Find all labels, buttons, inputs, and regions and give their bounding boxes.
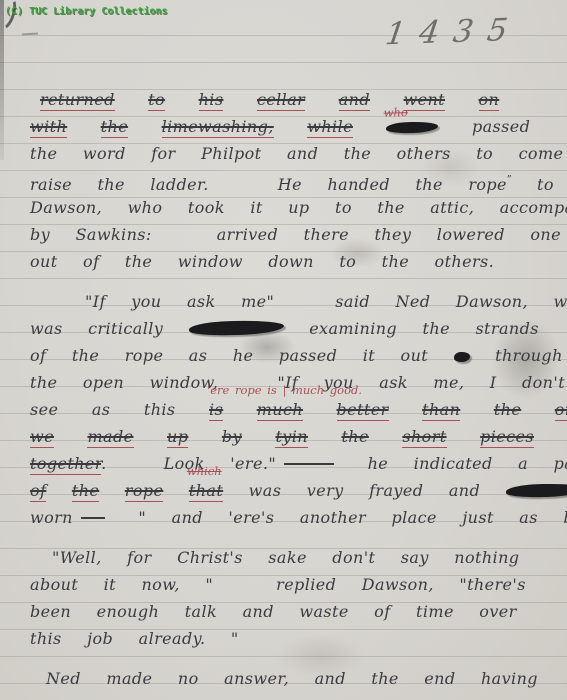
handwritten-text: the open window, — [30, 373, 218, 392]
manuscript-line: together. Look 'ere." he indicated a par… — [30, 450, 553, 477]
handwritten-text: raise the ladder. — [30, 175, 209, 194]
handwritten-text: worn — [30, 508, 73, 527]
manuscript-line: been enough talk and waste of time over — [30, 598, 553, 625]
struck-text: cellar — [257, 90, 305, 111]
struck-text: pieces — [480, 427, 534, 448]
struck-text: tyin — [275, 427, 308, 448]
struck-text: is'ere rope is | much good. — [209, 400, 223, 421]
handwritten-dash — [284, 463, 334, 465]
manuscript-line: we made up by tyin the short pieces — [30, 423, 553, 450]
struck-text: one — [555, 400, 567, 421]
handwritten-text: out of the window down to the others. — [30, 252, 494, 271]
handwritten-text: was very frayed and — [249, 481, 480, 500]
handwritten-text: passed — [472, 117, 530, 136]
manuscript-line: see as this is'ere rope is | much good. … — [30, 396, 553, 423]
handwritten-text: . — [101, 454, 107, 473]
manuscript-line: out of the window down to the others. — [30, 248, 553, 275]
handwritten-text: to Ned — [537, 175, 567, 194]
struck-text: the — [341, 427, 368, 446]
interlinear-insertion: 'ere rope is | much good. — [207, 385, 362, 396]
struck-text: returned — [40, 90, 115, 111]
ink-scribble-redaction — [189, 320, 284, 336]
manuscript-line: raise the ladder. He handed the ropeʺ to… — [30, 167, 553, 194]
interlinear-insertion: who — [384, 107, 408, 119]
ink-scribble-redaction: who — [386, 121, 438, 133]
struck-text: limewashing, — [162, 117, 274, 138]
copyright-watermark: (C) TUC Library Collections — [5, 6, 168, 17]
manuscript-line: with the limewashing, while who passed — [30, 113, 553, 140]
handwritten-text: Ned made no answer, and the end having — [46, 669, 538, 688]
struck-text: much — [257, 400, 303, 421]
handwritten-text: through — [495, 346, 563, 365]
struck-text: up — [167, 427, 188, 448]
struck-text: went — [404, 90, 446, 111]
struck-text: we — [30, 427, 54, 448]
manuscript-line: the word for Philpot and the others to c… — [30, 140, 553, 167]
manuscript-line: returned to his cellar and went on — [30, 86, 553, 113]
handwritten-text: been enough talk and waste of time over — [30, 602, 517, 621]
paragraph: Ned made no answer, and the end having — [30, 665, 553, 692]
paragraph: "Well, for Christ's sake don't say nothi… — [30, 544, 553, 652]
ink-scribble-redaction — [453, 352, 469, 362]
struck-text: short — [402, 427, 446, 448]
handwritten-text: see as this — [30, 400, 176, 419]
manuscript-line: "If you ask me" said Ned Dawson, who — [30, 288, 553, 315]
struck-text: to — [148, 90, 165, 111]
manuscript-line: worn " and 'ere's another place just as … — [30, 504, 553, 531]
manuscript-line: of the rope as he passed it out through — [30, 342, 553, 369]
struck-text: of — [30, 481, 46, 502]
struck-text: on — [479, 90, 500, 111]
handwritten-text: ʺ — [507, 175, 512, 186]
handwritten-text: Dawson, who took it up to the attic, acc… — [30, 198, 567, 217]
handwritten-text: replied Dawson, "there's — [276, 575, 526, 594]
manuscript-page: (C) TUC Library Collections 1435 returne… — [0, 0, 567, 700]
struck-text: better — [337, 400, 389, 421]
manuscript-line: by Sawkins: arrived there they lowered o… — [30, 221, 553, 248]
handwritten-text: about it now, " — [30, 575, 213, 594]
handwritten-dash — [81, 517, 105, 519]
manuscript-line: was critically examining the strands — [30, 315, 553, 342]
ink-scribble-redaction — [505, 483, 567, 498]
struck-text: by — [222, 427, 242, 446]
struck-text: than — [422, 400, 460, 421]
manuscript-line: about it now, " replied Dawson, "there's — [30, 571, 553, 598]
scan-edge-shadow — [0, 0, 4, 160]
handwritten-text: by Sawkins: — [30, 225, 152, 244]
manuscript-line: Ned made no answer, and the end having — [30, 665, 553, 692]
struck-text: with — [30, 117, 67, 138]
struck-text: the — [101, 117, 128, 138]
handwritten-text: "If you ask me" — [85, 292, 274, 311]
handwritten-text: arrived there they lowered one end — [217, 225, 567, 244]
struck-text: together — [30, 454, 101, 475]
page-number: 1435 — [383, 12, 524, 53]
handwritten-text: this job already. " — [30, 629, 239, 648]
handwritten-text: " and 'ere's another place just as bad." — [138, 508, 567, 527]
struck-text: rope — [125, 481, 164, 502]
struck-text: made — [87, 427, 133, 448]
struck-text: thatwhich — [189, 481, 223, 502]
struck-text: and — [339, 90, 370, 111]
handwritten-text: was critically — [30, 319, 163, 338]
paragraph: returned to his cellar and went on with … — [30, 86, 553, 275]
handwritten-text: the word for Philpot and the others to c… — [30, 144, 567, 163]
manuscript-line: "Well, for Christ's sake don't say nothi… — [30, 544, 553, 571]
handwritten-text: he indicated a part — [368, 454, 567, 473]
interlinear-insertion: which — [187, 466, 222, 477]
handwritten-text: He handed the rope — [278, 175, 507, 194]
manuscript-body: returned to his cellar and went on with … — [30, 86, 553, 700]
manuscript-line: of the rope thatwhich was very frayed an… — [30, 477, 553, 504]
struck-text: his — [199, 90, 224, 111]
struck-text: the — [494, 400, 521, 419]
pencil-dash-mark — [22, 32, 38, 35]
handwritten-text: said Ned Dawson, who — [335, 292, 567, 311]
struck-text: while — [307, 117, 353, 138]
handwritten-text: "Well, for Christ's sake don't say nothi… — [52, 548, 519, 567]
handwritten-text: examining the strands — [309, 319, 539, 338]
handwritten-text: of the rope as he passed it out — [30, 346, 428, 365]
struck-text: the — [72, 481, 99, 502]
manuscript-line: Dawson, who took it up to the attic, acc… — [30, 194, 553, 221]
paragraph: "If you ask me" said Ned Dawson, who was… — [30, 288, 553, 531]
manuscript-line: this job already. " — [30, 625, 553, 652]
